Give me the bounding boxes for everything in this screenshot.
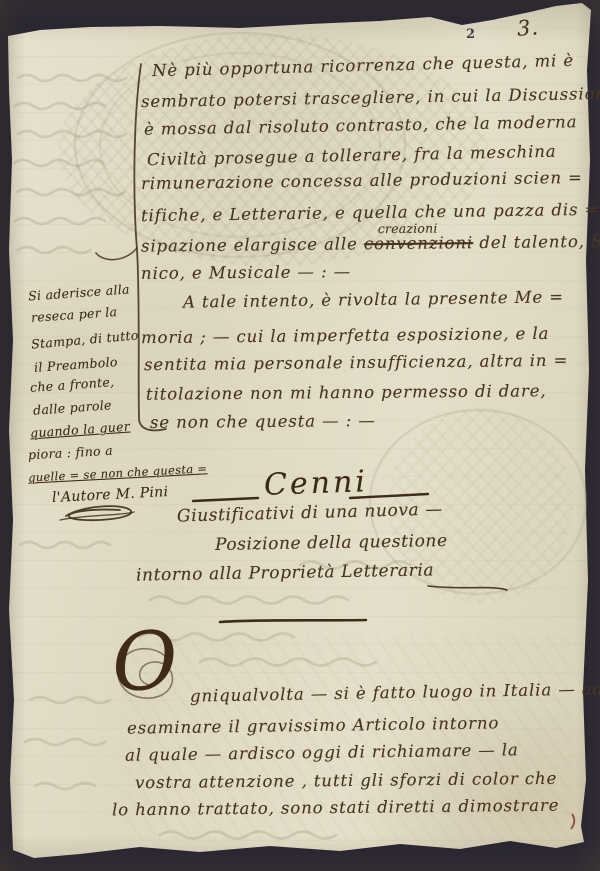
edge-vignette [0,0,600,871]
manuscript-scan: 2 3. Nè più opportuna ricorrenza che que… [0,0,600,871]
